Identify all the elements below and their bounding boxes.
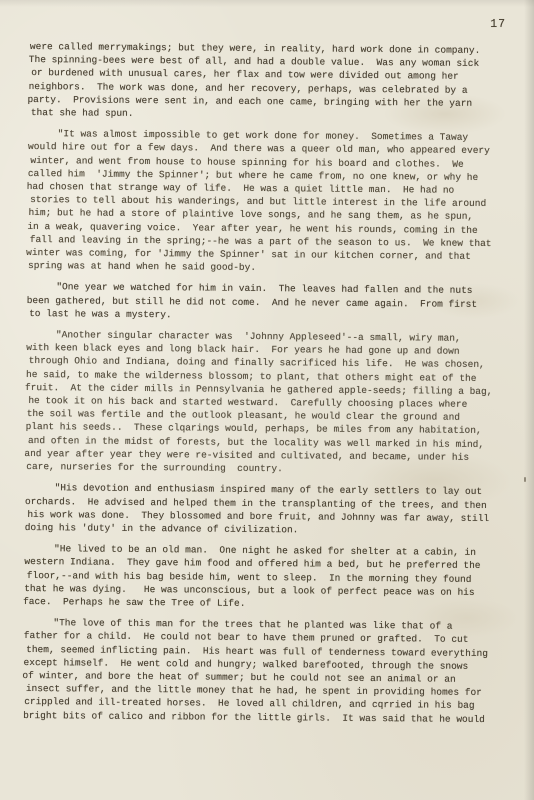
paragraph: "Another singular character was 'Johnny … [26,328,517,478]
page-text: were called merrymakings; but they were,… [24,40,520,734]
paragraph: "The love of this man for the trees that… [24,616,515,726]
paragraph: "He lived to be an old man. One night he… [25,542,516,612]
paragraph: "It was almost impossible to get work do… [28,127,519,277]
ink-speck [524,477,526,482]
paragraph: "His devotion and enthusiasm inspired ma… [26,481,516,538]
scan-top-edge-shadow [0,0,534,7]
scanned-page: 17 were called merrymakings; but they we… [0,0,534,800]
paragraph: "One year we watched for him in vain. Th… [28,280,518,324]
paragraph: were called merrymakings; but they were,… [29,40,520,123]
scan-right-edge-shadow [524,0,534,800]
page-number: 17 [490,18,506,31]
